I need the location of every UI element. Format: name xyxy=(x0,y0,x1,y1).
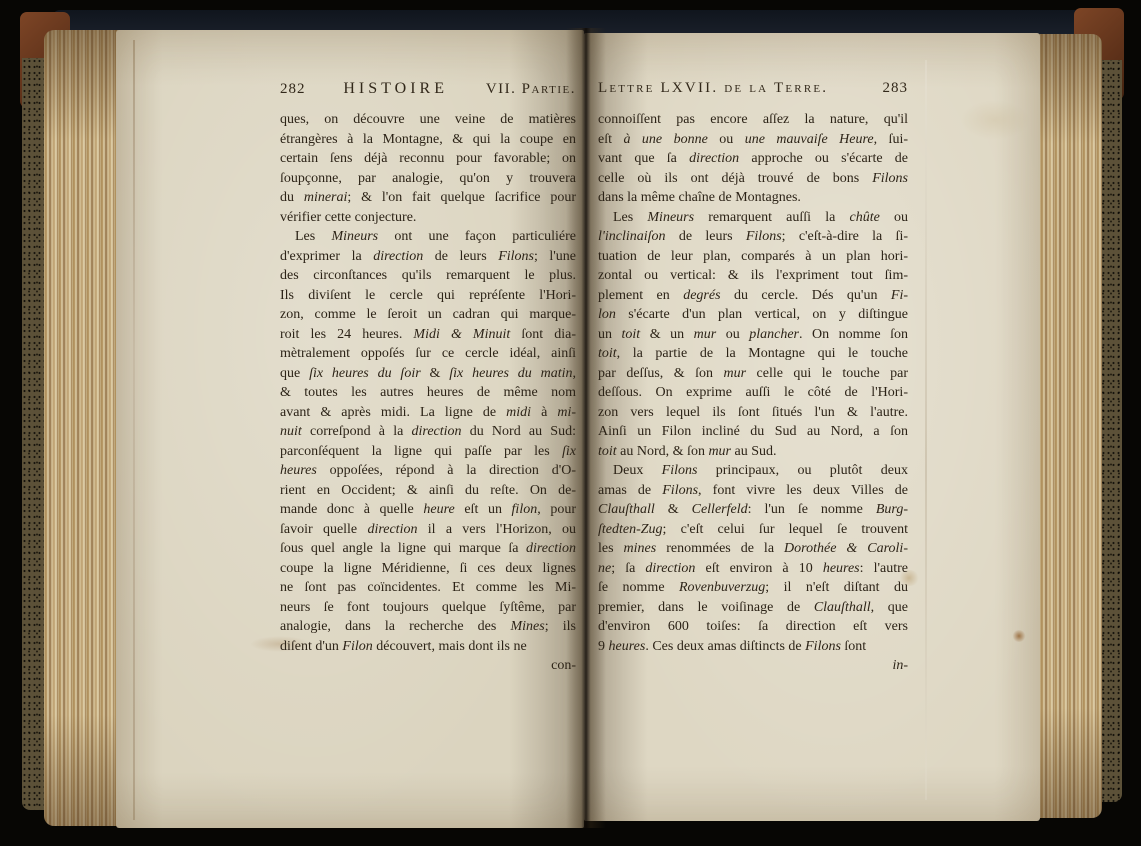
text-segment: heure xyxy=(423,502,454,517)
text-segment: à une bonne xyxy=(623,132,707,147)
left-page-text-column: 282 HISTOIRE VII. Partie. ques, on décou… xyxy=(280,80,576,676)
text-segment: analogie, dans la recherche des xyxy=(280,619,511,634)
text-segment: midi xyxy=(506,405,531,420)
text-line: analogie, dans la recherche des Mines; i… xyxy=(280,617,576,637)
text-segment: celle où ils ont déjà trouvé de bons xyxy=(598,171,872,186)
text-segment: coupe la ligne Méridienne, ſi ces deux l… xyxy=(280,561,576,576)
text-line: toit au Nord, & ſon mur au Sud. xyxy=(598,442,908,462)
left-page-number: 282 xyxy=(280,81,306,98)
text-segment: premier, dans le voiſinage de xyxy=(598,600,814,615)
text-segment: zon, comme le ſeroit un cadran qui marqu… xyxy=(280,307,576,322)
text-line: toit, la partie de la Montagne qui le to… xyxy=(598,344,908,364)
text-line: amas de Filons, font vivre les deux Vill… xyxy=(598,481,908,501)
running-part: VII. Partie. xyxy=(486,81,576,98)
text-segment: du cercle. Dés qu'un xyxy=(721,288,891,303)
text-segment: ; ſa xyxy=(611,561,645,576)
text-line: avant & après midi. La ligne de midi à m… xyxy=(280,403,576,423)
text-segment: direction xyxy=(373,249,423,264)
text-segment: approche ou s'écarte de xyxy=(739,151,908,166)
text-segment: oppoſées, répond à la direction d'O- xyxy=(317,463,576,478)
text-line: ſoupçonne, par analogie, qu'on y trouver… xyxy=(280,169,576,189)
text-segment: ; c'eſt celui ſur lequel ſe trouvent xyxy=(663,522,908,537)
text-segment: plement en xyxy=(598,288,683,303)
text-segment: ; ils xyxy=(545,619,576,634)
text-segment: ſe nomme xyxy=(598,580,679,595)
text-segment: ou xyxy=(716,327,749,342)
text-segment: Cellerfeld xyxy=(692,502,748,517)
text-segment: & toutes les autres heures de même nom xyxy=(280,385,576,400)
text-line: roit les 24 heures. Midi & Minuit ſont d… xyxy=(280,325,576,345)
text-line: plement en degrés du cercle. Dés qu'un F… xyxy=(598,286,908,306)
text-line: nuit correſpond à la direction du Nord a… xyxy=(280,422,576,442)
text-segment: les xyxy=(598,541,624,556)
text-line: d'environ 600 toiſes: ſa direction eſt v… xyxy=(598,617,908,637)
left-page-catchword: con- xyxy=(280,656,576,676)
text-segment: roit les 24 heures. xyxy=(280,327,413,342)
text-line: par deſſus, & ſon mur celle qui le touch… xyxy=(598,364,908,384)
text-segment: . On nomme ſon xyxy=(799,327,908,342)
text-segment: Filons xyxy=(805,639,841,654)
text-segment: Filons xyxy=(498,249,534,264)
text-line: zontal ou vertical: & ils l'expriment to… xyxy=(598,266,908,286)
text-segment: d'environ 600 toiſes: ſa direction eſt v… xyxy=(598,619,908,634)
text-segment: du Nord au Sud: xyxy=(462,424,576,439)
text-line: zon, comme le ſeroit un cadran qui marqu… xyxy=(280,305,576,325)
text-line: ne; ſa direction eſt environ à 10 heures… xyxy=(598,559,908,579)
text-segment: ſtedten-Zug xyxy=(598,522,663,537)
text-segment: Clauſthall xyxy=(814,600,871,615)
text-segment: ſix heures du ſoir xyxy=(309,366,421,381)
text-segment: : l'autre xyxy=(860,561,908,576)
text-segment: d'exprimer la xyxy=(280,249,373,264)
text-line: mande donc à quelle heure eſt un filon, … xyxy=(280,500,576,520)
text-segment: ſous quel angle la ligne qui marque ſa xyxy=(280,541,526,556)
text-segment: nuit xyxy=(280,424,302,439)
text-segment: vérifier cette conjecture. xyxy=(280,210,416,225)
text-line: un toit & un mur ou plancher. On nomme ſ… xyxy=(598,325,908,345)
text-segment: des circonſtances qu'ils remarquent le p… xyxy=(280,268,576,283)
text-segment: au Sud. xyxy=(731,444,777,459)
text-segment: ou xyxy=(708,132,745,147)
text-segment: Mineurs xyxy=(331,229,378,244)
text-segment: que xyxy=(280,366,309,381)
text-segment: eſt un xyxy=(455,502,512,517)
text-segment: deſſous. On exprime auſſi le côté de l'H… xyxy=(598,385,908,400)
text-line: neurs ſe font toujours quelque ſyſtême, … xyxy=(280,598,576,618)
text-segment: tuation de leur plan, comparés à un plan… xyxy=(598,249,908,264)
text-segment: Mines xyxy=(511,619,545,634)
text-line: eſt à une bonne ou une mauvaiſe Heure, ſ… xyxy=(598,130,908,150)
text-line: d'exprimer la direction de leurs Filons;… xyxy=(280,247,576,267)
text-segment: Mineurs xyxy=(647,210,694,225)
text-line: Clauſthall & Cellerfeld: l'un ſe nomme B… xyxy=(598,500,908,520)
text-segment: chûte xyxy=(850,210,880,225)
text-segment: toit xyxy=(598,444,617,459)
text-segment: ſont dia- xyxy=(510,327,576,342)
text-segment: lon xyxy=(598,307,616,322)
text-segment: eſt environ à 10 xyxy=(695,561,822,576)
text-segment: , xyxy=(573,366,577,381)
text-segment: & un xyxy=(640,327,693,342)
text-segment: certain ſens déjà reconnu pour favorable… xyxy=(280,151,576,166)
right-page-body-text: connoiſſent pas encore aſſez la nature, … xyxy=(598,110,908,656)
text-segment: mines xyxy=(624,541,657,556)
text-segment: étrangères à la Montagne, & qui la coupe… xyxy=(280,132,576,147)
text-line: rient en Occident; & ainſi du reſte. On … xyxy=(280,481,576,501)
text-segment: direction xyxy=(526,541,576,556)
text-segment: Les xyxy=(613,210,647,225)
text-line: Ils diviſent le cercle qui repréſente l'… xyxy=(280,286,576,306)
text-segment: ne xyxy=(598,561,611,576)
text-segment: Filons xyxy=(662,483,698,498)
text-line: étrangères à la Montagne, & qui la coupe… xyxy=(280,130,576,150)
text-line: vant que ſa direction approche ou s'écar… xyxy=(598,149,908,169)
left-page-header: 282 HISTOIRE VII. Partie. xyxy=(280,80,576,100)
text-line: des circonſtances qu'ils remarquent le p… xyxy=(280,266,576,286)
left-page-body-text: ques, on découvre une veine de matièresé… xyxy=(280,110,576,656)
text-line: coupe la ligne Méridienne, ſi ces deux l… xyxy=(280,559,576,579)
text-segment: Filons xyxy=(662,463,698,478)
text-segment: s'écarte d'un plan vertical, on y diſtin… xyxy=(616,307,908,322)
text-segment: toit xyxy=(622,327,641,342)
text-line: ſtedten-Zug; c'eſt celui ſur lequel ſe t… xyxy=(598,520,908,540)
text-segment: ſavoir quelle xyxy=(280,522,367,537)
text-line: parconſéquent la ligne qui paſſe par les… xyxy=(280,442,576,462)
text-segment: principaux, ou plutôt deux xyxy=(697,463,908,478)
text-segment: Rovenbuverzug xyxy=(679,580,765,595)
text-segment: ſix heures du matin xyxy=(449,366,572,381)
text-segment: de leurs xyxy=(423,249,498,264)
text-line: 9 heures. Ces deux amas diſtincts de Fil… xyxy=(598,637,908,657)
text-segment: direction xyxy=(645,561,695,576)
text-segment: de leurs xyxy=(666,229,746,244)
text-line: mètralement oppoſés ſur ce cercle idéal,… xyxy=(280,344,576,364)
text-segment: Midi & Minuit xyxy=(413,327,510,342)
text-line: celle où ils ont déjà trouvé de bons Fil… xyxy=(598,169,908,189)
text-line: deſſous. On exprime auſſi le côté de l'H… xyxy=(598,383,908,403)
text-segment: & xyxy=(421,366,450,381)
text-segment: mur xyxy=(723,366,746,381)
text-segment: ; l'une xyxy=(534,249,576,264)
text-segment: direction xyxy=(412,424,462,439)
text-segment: Clauſthall xyxy=(598,502,655,517)
text-segment: Deux xyxy=(613,463,662,478)
text-segment: parconſéquent la ligne qui paſſe par les xyxy=(280,444,562,459)
text-segment: Filons xyxy=(746,229,782,244)
text-segment: , ſui- xyxy=(874,132,908,147)
text-segment: zontal ou vertical: & ils l'expriment to… xyxy=(598,268,908,283)
text-segment: mur xyxy=(708,444,731,459)
text-line: & toutes les autres heures de même nom xyxy=(280,383,576,403)
text-segment: heures xyxy=(823,561,860,576)
text-segment: ou xyxy=(880,210,908,225)
text-segment: rient en Occident; & ainſi du reſte. On … xyxy=(280,483,576,498)
text-line: les mines renommées de la Dorothée & Car… xyxy=(598,539,908,559)
text-segment: connoiſſent pas encore aſſez la nature, … xyxy=(598,112,908,127)
text-segment: Ils diviſent le cercle qui repréſente l'… xyxy=(280,288,576,303)
text-line: vérifier cette conjecture. xyxy=(280,208,576,228)
text-segment: , pour xyxy=(537,502,576,517)
text-segment: ſont xyxy=(841,639,866,654)
text-segment: plancher xyxy=(749,327,799,342)
text-segment: une mauvaiſe Heure xyxy=(745,132,874,147)
text-line: Les Mineurs remarquent auſſi la chûte ou xyxy=(598,208,908,228)
text-segment: Dorothée & Caroli- xyxy=(784,541,908,556)
text-segment: , font vivre les deux Villes de xyxy=(698,483,908,498)
text-segment: , que xyxy=(871,600,908,615)
text-segment: 9 xyxy=(598,639,609,654)
text-line: certain ſens déjà reconnu pour favorable… xyxy=(280,149,576,169)
text-segment: ſix xyxy=(562,444,576,459)
text-segment: Filon xyxy=(342,639,372,654)
text-segment: à xyxy=(531,405,557,420)
text-segment: minerai xyxy=(304,190,348,205)
text-segment: Burg- xyxy=(876,502,908,517)
text-segment: au Nord, & ſon xyxy=(617,444,709,459)
text-segment: Fi- xyxy=(891,288,908,303)
text-segment: l'inclinaiſon xyxy=(598,229,666,244)
text-segment: par deſſus, & ſon xyxy=(598,366,723,381)
text-line: que ſix heures du ſoir & ſix heures du m… xyxy=(280,364,576,384)
text-segment: ; il n'eſt diſtant du xyxy=(765,580,908,595)
text-line: ne ſont pas coïncidentes. Et comme les M… xyxy=(280,578,576,598)
text-segment: heures xyxy=(280,463,317,478)
text-segment: ont une façon particuliére xyxy=(378,229,576,244)
text-line: diſent d'un Filon découvert, mais dont i… xyxy=(280,637,576,657)
text-segment: degrés xyxy=(683,288,720,303)
right-page-header: Lettre LXVII. de la Terre. 283 xyxy=(598,80,908,100)
text-segment: avant & après midi. La ligne de xyxy=(280,405,506,420)
text-line: Ainſi un Filon incliné du Sud au Nord, a… xyxy=(598,422,908,442)
text-segment: : l'un ſe nomme xyxy=(748,502,876,517)
text-segment: diſent d'un xyxy=(280,639,342,654)
text-segment: correſpond à la xyxy=(302,424,412,439)
text-segment: renommées de la xyxy=(656,541,784,556)
text-segment: direction xyxy=(367,522,417,537)
text-line: zon vers lequel ils ſont ſitués l'un & l… xyxy=(598,403,908,423)
text-segment: direction xyxy=(689,151,739,166)
text-segment: amas de xyxy=(598,483,662,498)
text-segment: Ainſi un Filon incliné du Sud au Nord, a… xyxy=(598,424,908,439)
open-book: 282 HISTOIRE VII. Partie. ques, on décou… xyxy=(0,0,1141,846)
text-segment: Les xyxy=(295,229,331,244)
text-segment: , la partie de la Montagne qui le touche xyxy=(617,346,908,361)
text-line: ſous quel angle la ligne qui marque ſa d… xyxy=(280,539,576,559)
text-segment: il a vers l'Horizon, ou xyxy=(417,522,576,537)
text-line: heures oppoſées, répond à la direction d… xyxy=(280,461,576,481)
text-line: dans la même chaîne de Montagnes. xyxy=(598,188,908,208)
right-page-text-column: Lettre LXVII. de la Terre. 283 connoiſſe… xyxy=(598,80,908,676)
text-segment: vant que ſa xyxy=(598,151,689,166)
text-line: Deux Filons principaux, ou plutôt deux xyxy=(598,461,908,481)
text-segment: dans la même chaîne de Montagnes. xyxy=(598,190,801,205)
text-line: premier, dans le voiſinage de Clauſthall… xyxy=(598,598,908,618)
text-line: ſavoir quelle direction il a vers l'Hori… xyxy=(280,520,576,540)
text-segment: du xyxy=(280,190,304,205)
text-line: ques, on découvre une veine de matières xyxy=(280,110,576,130)
running-title: HISTOIRE xyxy=(343,80,448,98)
text-segment: . Ces deux amas diſtincts de xyxy=(645,639,805,654)
text-line: Les Mineurs ont une façon particuliére xyxy=(280,227,576,247)
text-segment: toit xyxy=(598,346,617,361)
text-segment: mi- xyxy=(557,405,576,420)
text-segment: eſt xyxy=(598,132,623,147)
right-page-number: 283 xyxy=(883,80,909,97)
text-line: connoiſſent pas encore aſſez la nature, … xyxy=(598,110,908,130)
text-line: tuation de leur plan, comparés à un plan… xyxy=(598,247,908,267)
text-line: lon s'écarte d'un plan vertical, on y di… xyxy=(598,305,908,325)
text-segment: ſoupçonne, par analogie, qu'on y trouver… xyxy=(280,171,576,186)
text-line: ſe nomme Rovenbuverzug; il n'eſt diſtant… xyxy=(598,578,908,598)
text-segment: mande donc à quelle xyxy=(280,502,423,517)
text-segment: filon xyxy=(512,502,538,517)
text-segment: ne ſont pas coïncidentes. Et comme les M… xyxy=(280,580,576,595)
text-segment: ques, on découvre une veine de matières xyxy=(280,112,576,127)
text-segment: un xyxy=(598,327,622,342)
text-segment: zon vers lequel ils ſont ſitués l'un & l… xyxy=(598,405,908,420)
text-segment: ; c'eſt-à-dire la ſi- xyxy=(782,229,908,244)
text-line: l'inclinaiſon de leurs Filons; c'eſt-à-d… xyxy=(598,227,908,247)
text-segment: ; & l'on fait quelque ſacrifice pour xyxy=(347,190,576,205)
text-segment: découvert, mais dont ils ne xyxy=(373,639,527,654)
text-segment: heures xyxy=(609,639,646,654)
text-segment: remarquent auſſi la xyxy=(694,210,849,225)
right-page-catchword: in- xyxy=(598,656,908,676)
text-segment: Filons xyxy=(872,171,908,186)
text-segment: mètralement oppoſés ſur ce cercle idéal,… xyxy=(280,346,576,361)
text-segment: & xyxy=(655,502,692,517)
text-segment: celle qui le touche par xyxy=(746,366,908,381)
text-segment: mur xyxy=(694,327,717,342)
text-line: du minerai; & l'on fait quelque ſacrific… xyxy=(280,188,576,208)
text-segment: neurs ſe font toujours quelque ſyſtême, … xyxy=(280,600,576,615)
running-title: Lettre LXVII. de la Terre. xyxy=(598,80,828,97)
